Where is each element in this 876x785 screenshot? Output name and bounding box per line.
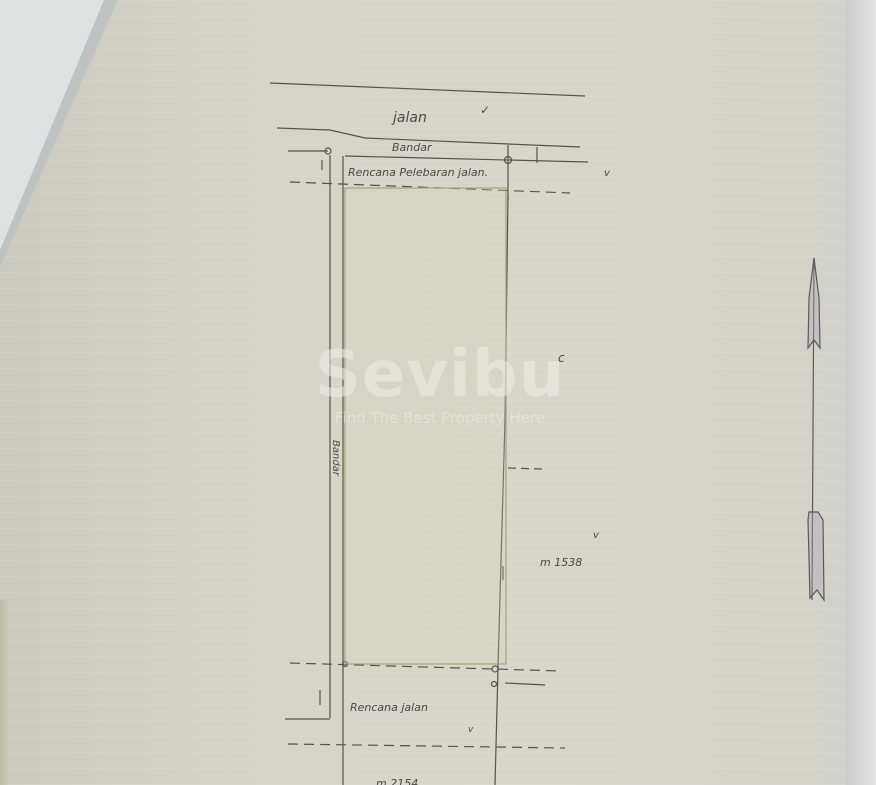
road-plan-dashed-line [288,744,565,748]
road-edge-line [270,83,585,96]
survey-point [492,666,498,672]
north-arrow-icon [808,258,824,600]
short-dash-mark [508,468,542,469]
label-side-ditch: Bandar [330,440,341,477]
survey-point [492,682,497,687]
bottom-marker-line [505,683,545,685]
label-top-road: jalan [391,110,427,126]
site-plan-drawing: jalan Bandar Rencana Pelebaran jalan. Ba… [0,0,876,785]
label-road-plan: Rencana jalan [350,701,428,714]
check-mark: v [604,168,611,179]
check-mark: c [558,351,565,365]
check-mark: v [593,530,600,541]
label-widening-plan: Rencana Pelebaran jalan. [348,166,488,179]
check-mark: v [468,725,474,735]
check-mark: ✓ [480,103,490,117]
parcel-outline [345,188,506,664]
label-parcel-right: m 1538 [540,556,582,569]
label-parcel-bottom: m 2154 [376,777,418,785]
label-ditch-top: Bandar [392,141,433,154]
ditch-lower-line [345,156,588,162]
